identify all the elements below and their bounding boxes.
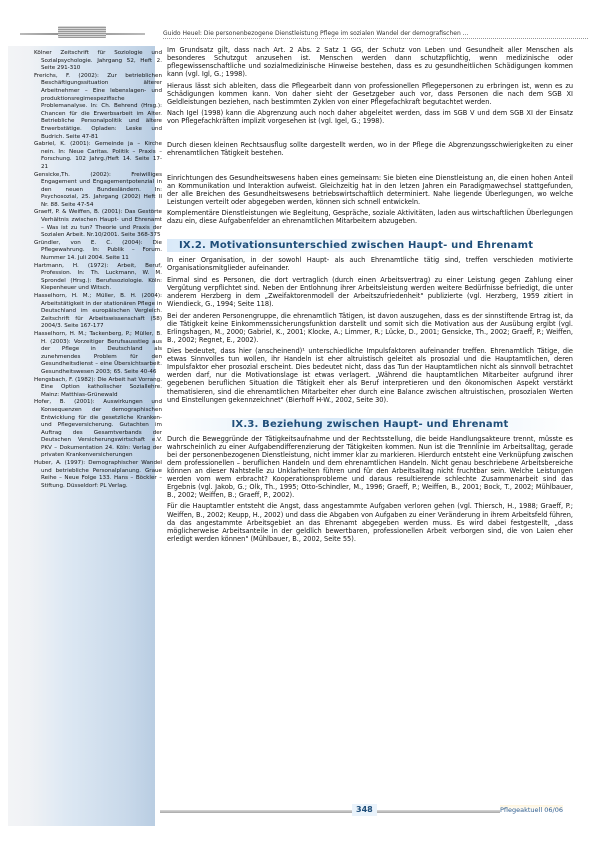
- reference-item: Frerichs, F. (2002): Zur betrieblichen B…: [34, 73, 162, 141]
- main-text-column: Im Grundsatz gilt, dass nach Art. 2 Abs.…: [167, 46, 573, 546]
- body-paragraph: Im Grundsatz gilt, dass nach Art. 2 Abs.…: [167, 46, 573, 78]
- reference-list: Kölner Zeitschrift für Soziologie und So…: [34, 50, 162, 490]
- body-paragraph: Hieraus lässt sich ableiten, dass die Pf…: [167, 82, 573, 106]
- section-heading-motivation: IX.2. Motivationsunterschied zwischen Ha…: [167, 239, 573, 252]
- journal-logo: [20, 26, 145, 40]
- body-paragraph: In einer Organisation, in der sowohl Hau…: [167, 256, 573, 272]
- body-paragraph: Komplementäre Dienstleistungen wie Begle…: [167, 209, 573, 225]
- body-paragraph: Einmal sind es Personen, die dort vertra…: [167, 276, 573, 308]
- body-paragraph: Durch die Beweggründe der Tätigkeitsaufn…: [167, 435, 573, 499]
- reference-item: Gründler, von E. C. (2004): Die Pflegewa…: [34, 240, 162, 263]
- reference-item: Gensicke,Th. (2002): Freiwilliges Engage…: [34, 172, 162, 210]
- body-paragraph: Für die Hauptamtler entsteht die Angst, …: [167, 502, 573, 542]
- body-paragraph: Dies bedeutet, dass hier (anscheinend)¹ …: [167, 347, 573, 403]
- references-sidebar: Kölner Zeitschrift für Soziologie und So…: [8, 46, 155, 826]
- footer-rule: [160, 810, 500, 813]
- body-paragraph: Nach Igel (1998) kann die Abgrenzung auc…: [167, 109, 573, 125]
- body-paragraph: Einrichtungen des Gesundheitswesens habe…: [167, 174, 573, 206]
- reference-item: Gabriel, K. (2001): Gemeinde ja – Kirche…: [34, 141, 162, 171]
- reference-item: Hengsbach, F. (1982): Die Arbeit hat Vor…: [34, 377, 162, 400]
- body-paragraph: Durch diesen kleinen Rechtsausflug sollt…: [167, 141, 573, 157]
- reference-item: Hasselhorn, H. M.; Tackenberg, P.; Mülle…: [34, 331, 162, 377]
- reference-item: Graeff, P. & Weiffen, B. (2001): Das Ges…: [34, 209, 162, 239]
- running-title: Guido Heuel: Die personenbezogene Dienst…: [163, 30, 588, 39]
- body-paragraph: Bei der anderen Personengruppe, die ehre…: [167, 312, 573, 344]
- reference-item: Hasselhorn, H. M.; Müller, B. H. (2004):…: [34, 293, 162, 331]
- journal-name: Pflegeaktuell 06/06: [500, 805, 563, 815]
- reference-item: Hofer, B. (2001): Auswirkungen und Konse…: [34, 399, 162, 460]
- logo-mark: [58, 26, 106, 38]
- section-heading-beziehung: IX.3. Beziehung zwischen Haupt- und Ehre…: [167, 418, 573, 431]
- reference-item: Hartmann, H. (1972): Arbeit, Beruf, Prof…: [34, 263, 162, 293]
- page-number: 348: [352, 804, 377, 816]
- reference-item: Kölner Zeitschrift für Soziologie und So…: [34, 50, 162, 73]
- reference-item: Huber, A. (1997): Demographischer Wandel…: [34, 460, 162, 490]
